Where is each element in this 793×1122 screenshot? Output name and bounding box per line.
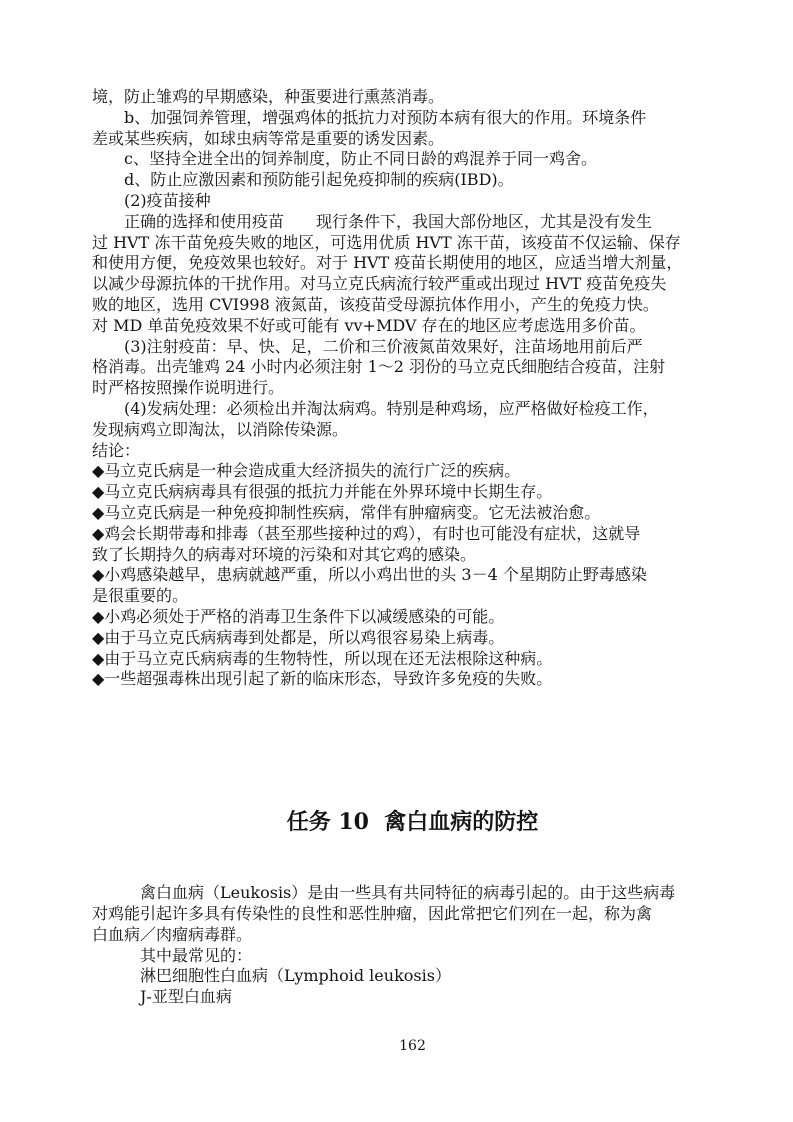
text-line: ◆一些超强毒株出现引起了新的临床形态，导致许多免疫的失败。 (92, 669, 733, 690)
text-line: 时严格按照操作说明进行。 (92, 378, 733, 399)
text-line: 对鸡能引起许多具有传染性的良性和恶性肿瘤，因此常把它们列在一起，称为禽 (92, 904, 733, 925)
text-line: 和使用方便，免疫效果也较好。对于 HVT 疫苗长期使用的地区，应适当增大剂量， (92, 253, 733, 274)
text-line: 正确的选择和使用疫苗 现行条件下，我国大部份地区，尤其是没有发生 (92, 212, 733, 233)
text-line: ◆马立克氏病病毒具有很强的抵抗力并能在外界环境中长期生存。 (92, 482, 733, 503)
text-line: ◆小鸡感染越早，患病就越严重，所以小鸡出世的头 3－4 个星期防止野毒感染 (92, 565, 733, 586)
text-line: (2)疫苗接种 (92, 191, 733, 212)
text-line: ◆由于马立克氏病病毒的生物特性，所以现在还无法根除这种病。 (92, 649, 733, 670)
text-line: 结论： (92, 441, 733, 462)
text-line: 过 HVT 冻干苗免疫失败的地区，可选用优质 HVT 冻干苗，该疫苗不仅运输、保… (92, 233, 733, 254)
text-line: 禽白血病（Leukosis）是由一些具有共同特征的病毒引起的。由于这些病毒 (92, 883, 733, 904)
text-line: ◆由于马立克氏病病毒到处都是，所以鸡很容易染上病毒。 (92, 628, 733, 649)
text-line: ◆小鸡必须处于严格的消毒卫生条件下以减缓感染的可能。 (92, 607, 733, 628)
text-line: c、坚持全进全出的饲养制度，防止不同日龄的鸡混养于同一鸡舍。 (92, 149, 733, 170)
page-number: 162 (92, 1036, 733, 1056)
text-line: ◆马立克氏病是一种免疫抑制性疾病，常伴有肿瘤病变。它无法被治愈。 (92, 503, 733, 524)
leukosis-section: 禽白血病（Leukosis）是由一些具有共同特征的病毒引起的。由于这些病毒对鸡能… (92, 883, 733, 1008)
text-line: 发现病鸡立即淘汰，以消除传染源。 (92, 420, 733, 441)
text-line: 是很重要的。 (92, 586, 733, 607)
text-line: 致了长期持久的病毒对环境的污染和对其它鸡的感染。 (92, 545, 733, 566)
text-line: b、加强饲养管理，增强鸡体的抵抗力对预防本病有很大的作用。环境条件 (92, 108, 733, 129)
text-line: 境，防止雏鸡的早期感染，种蛋要进行熏蒸消毒。 (92, 87, 733, 108)
text-line: 差或某些疾病，如球虫病等常是重要的诱发因素。 (92, 129, 733, 150)
document-page: 境，防止雏鸡的早期感染，种蛋要进行熏蒸消毒。 b、加强饲养管理，增强鸡体的抵抗力… (0, 0, 793, 1122)
marek-prevention-section: 境，防止雏鸡的早期感染，种蛋要进行熏蒸消毒。 b、加强饲养管理，增强鸡体的抵抗力… (92, 87, 733, 690)
text-line: 败的地区，选用 CVI998 液氮苗，该疫苗受母源抗体作用小，产生的免疫力快。 (92, 295, 733, 316)
text-line: 对 MD 单苗免疫效果不好或可能有 vv+MDV 存在的地区应考虑选用多价苗。 (92, 316, 733, 337)
text-line: 其中最常见的： (92, 946, 733, 967)
page-content: 境，防止雏鸡的早期感染，种蛋要进行熏蒸消毒。 b、加强饲养管理，增强鸡体的抵抗力… (92, 87, 733, 1056)
text-line: J-亚型白血病 (92, 987, 733, 1008)
text-line: ◆马立克氏病是一种会造成重大经济损失的流行广泛的疾病。 (92, 461, 733, 482)
text-line: 白血病／肉瘤病毒群。 (92, 925, 733, 946)
text-line: (4)发病处理：必须检出并淘汰病鸡。特别是种鸡场，应严格做好检疫工作， (92, 399, 733, 420)
text-line: 淋巴细胞性白血病（Lymphoid leukosis） (92, 966, 733, 987)
text-line: d、防止应激因素和预防能引起免疫抑制的疾病(IBD)。 (92, 170, 733, 191)
text-line: (3)注射疫苗：早、快、足，二价和三价液氮苗效果好，注苗场地用前后严 (92, 337, 733, 358)
text-line: 以减少母源抗体的干扰作用。对马立克氏病流行较严重或出现过 HVT 疫苗免疫失 (92, 274, 733, 295)
section-heading: 任务 10 禽白血病的防控 (92, 807, 733, 837)
text-line: 格消毒。出壳雏鸡 24 小时内必须注射 1～2 羽份的马立克氏细胞结合疫苗，注射 (92, 357, 733, 378)
text-line: ◆鸡会长期带毒和排毒（甚至那些接种过的鸡），有时也可能没有症状，这就导 (92, 524, 733, 545)
